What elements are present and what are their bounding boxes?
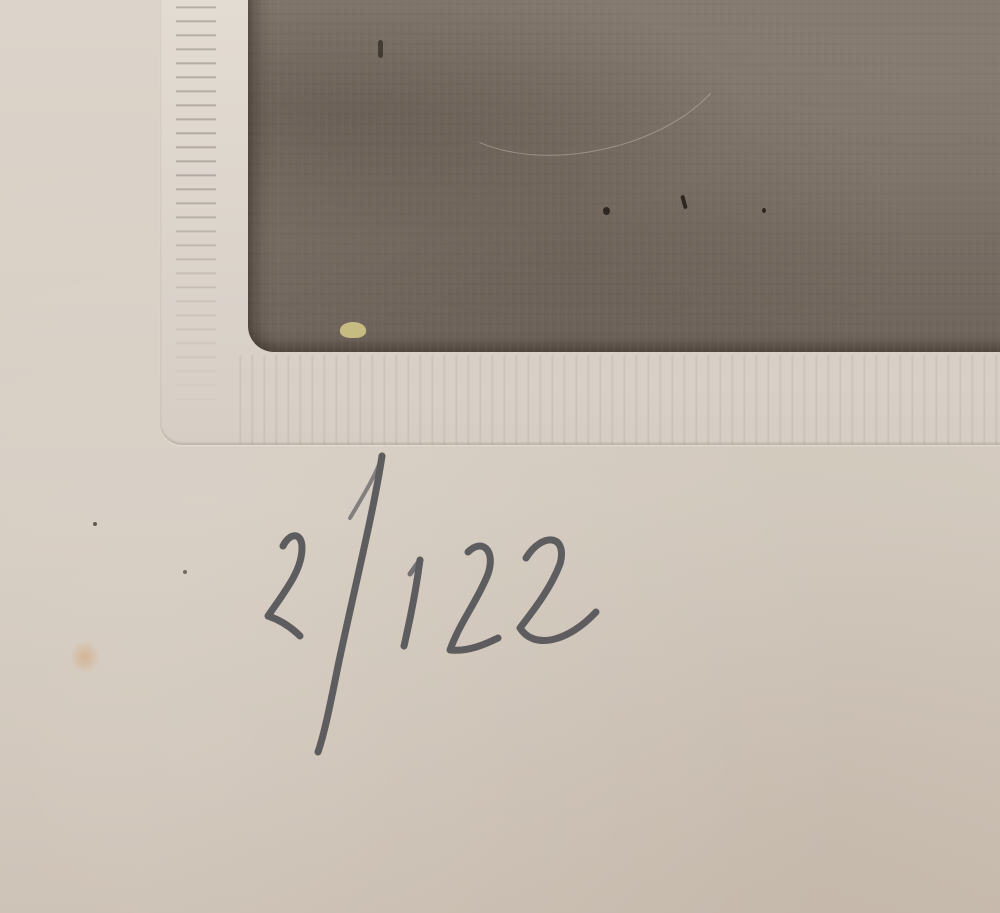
- plate-edge-hatching: [176, 0, 216, 400]
- pencil-edition-number: 2/122: [250, 440, 630, 770]
- foxing-stain: [70, 640, 100, 674]
- ink-fleck: [603, 207, 610, 215]
- ink-fleck: [378, 40, 383, 58]
- paper-dot: [93, 522, 97, 526]
- plate-bottom-tone: [230, 355, 1000, 445]
- handwritten-edition-glyphs: [250, 440, 630, 770]
- ink-fleck: [762, 208, 766, 213]
- print-photograph: 2/122: [0, 0, 1000, 913]
- paper-fleck: [340, 322, 366, 338]
- paper-dot: [183, 570, 187, 574]
- printed-image-area: [248, 0, 1000, 352]
